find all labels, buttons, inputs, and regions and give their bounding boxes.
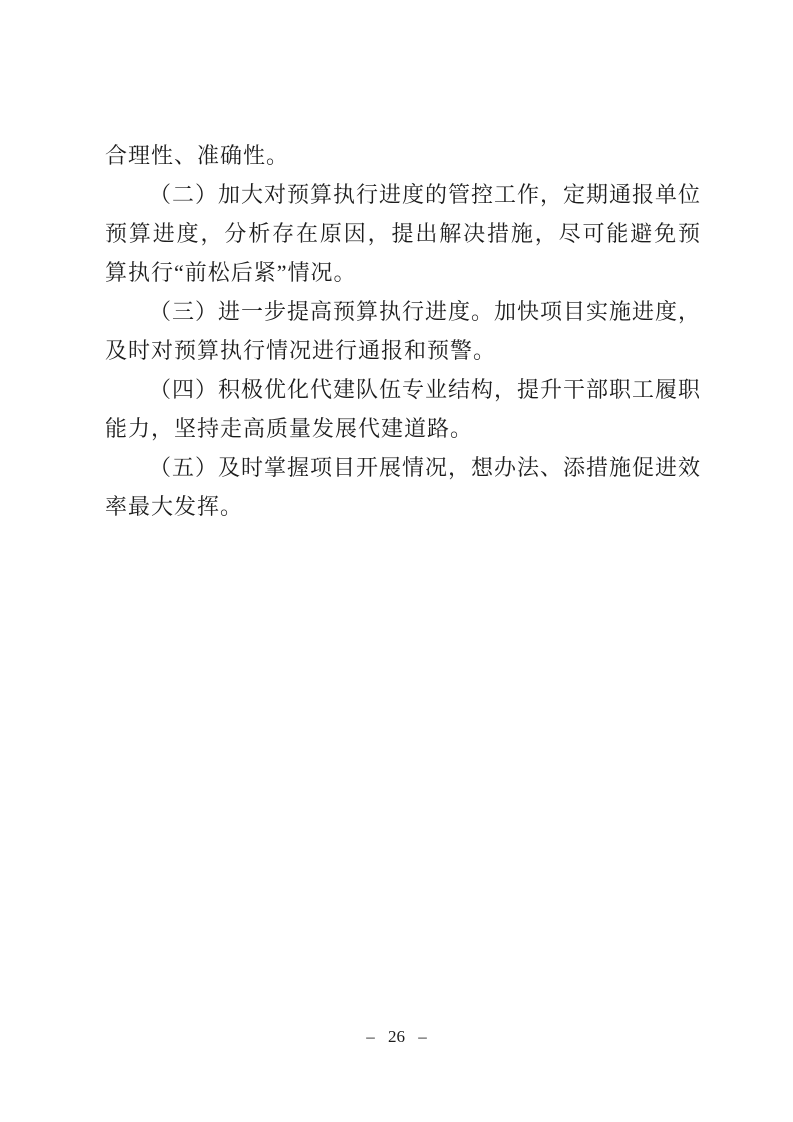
paragraph-item-2: （二）加大对预算执行进度的管控工作，定期通报单位预算进度，分析存在原因，提出解决… — [105, 175, 701, 292]
paragraph-continuation: 合理性、准确性。 — [105, 136, 701, 175]
document-page: 合理性、准确性。 （二）加大对预算执行进度的管控工作，定期通报单位预算进度，分析… — [0, 0, 793, 1122]
paragraph-item-4: （四）积极优化代建队伍专业结构，提升干部职工履职能力，坚持走高质量发展代建道路。 — [105, 370, 701, 448]
document-body: 合理性、准确性。 （二）加大对预算执行进度的管控工作，定期通报单位预算进度，分析… — [105, 136, 701, 526]
paragraph-item-3: （三）进一步提高预算执行进度。加快项目实施进度，及时对预算执行情况进行通报和预警… — [105, 292, 701, 370]
page-number: – 26 – — [0, 1024, 793, 1050]
paragraph-item-5: （五）及时掌握项目开展情况，想办法、添措施促进效率最大发挥。 — [105, 448, 701, 526]
